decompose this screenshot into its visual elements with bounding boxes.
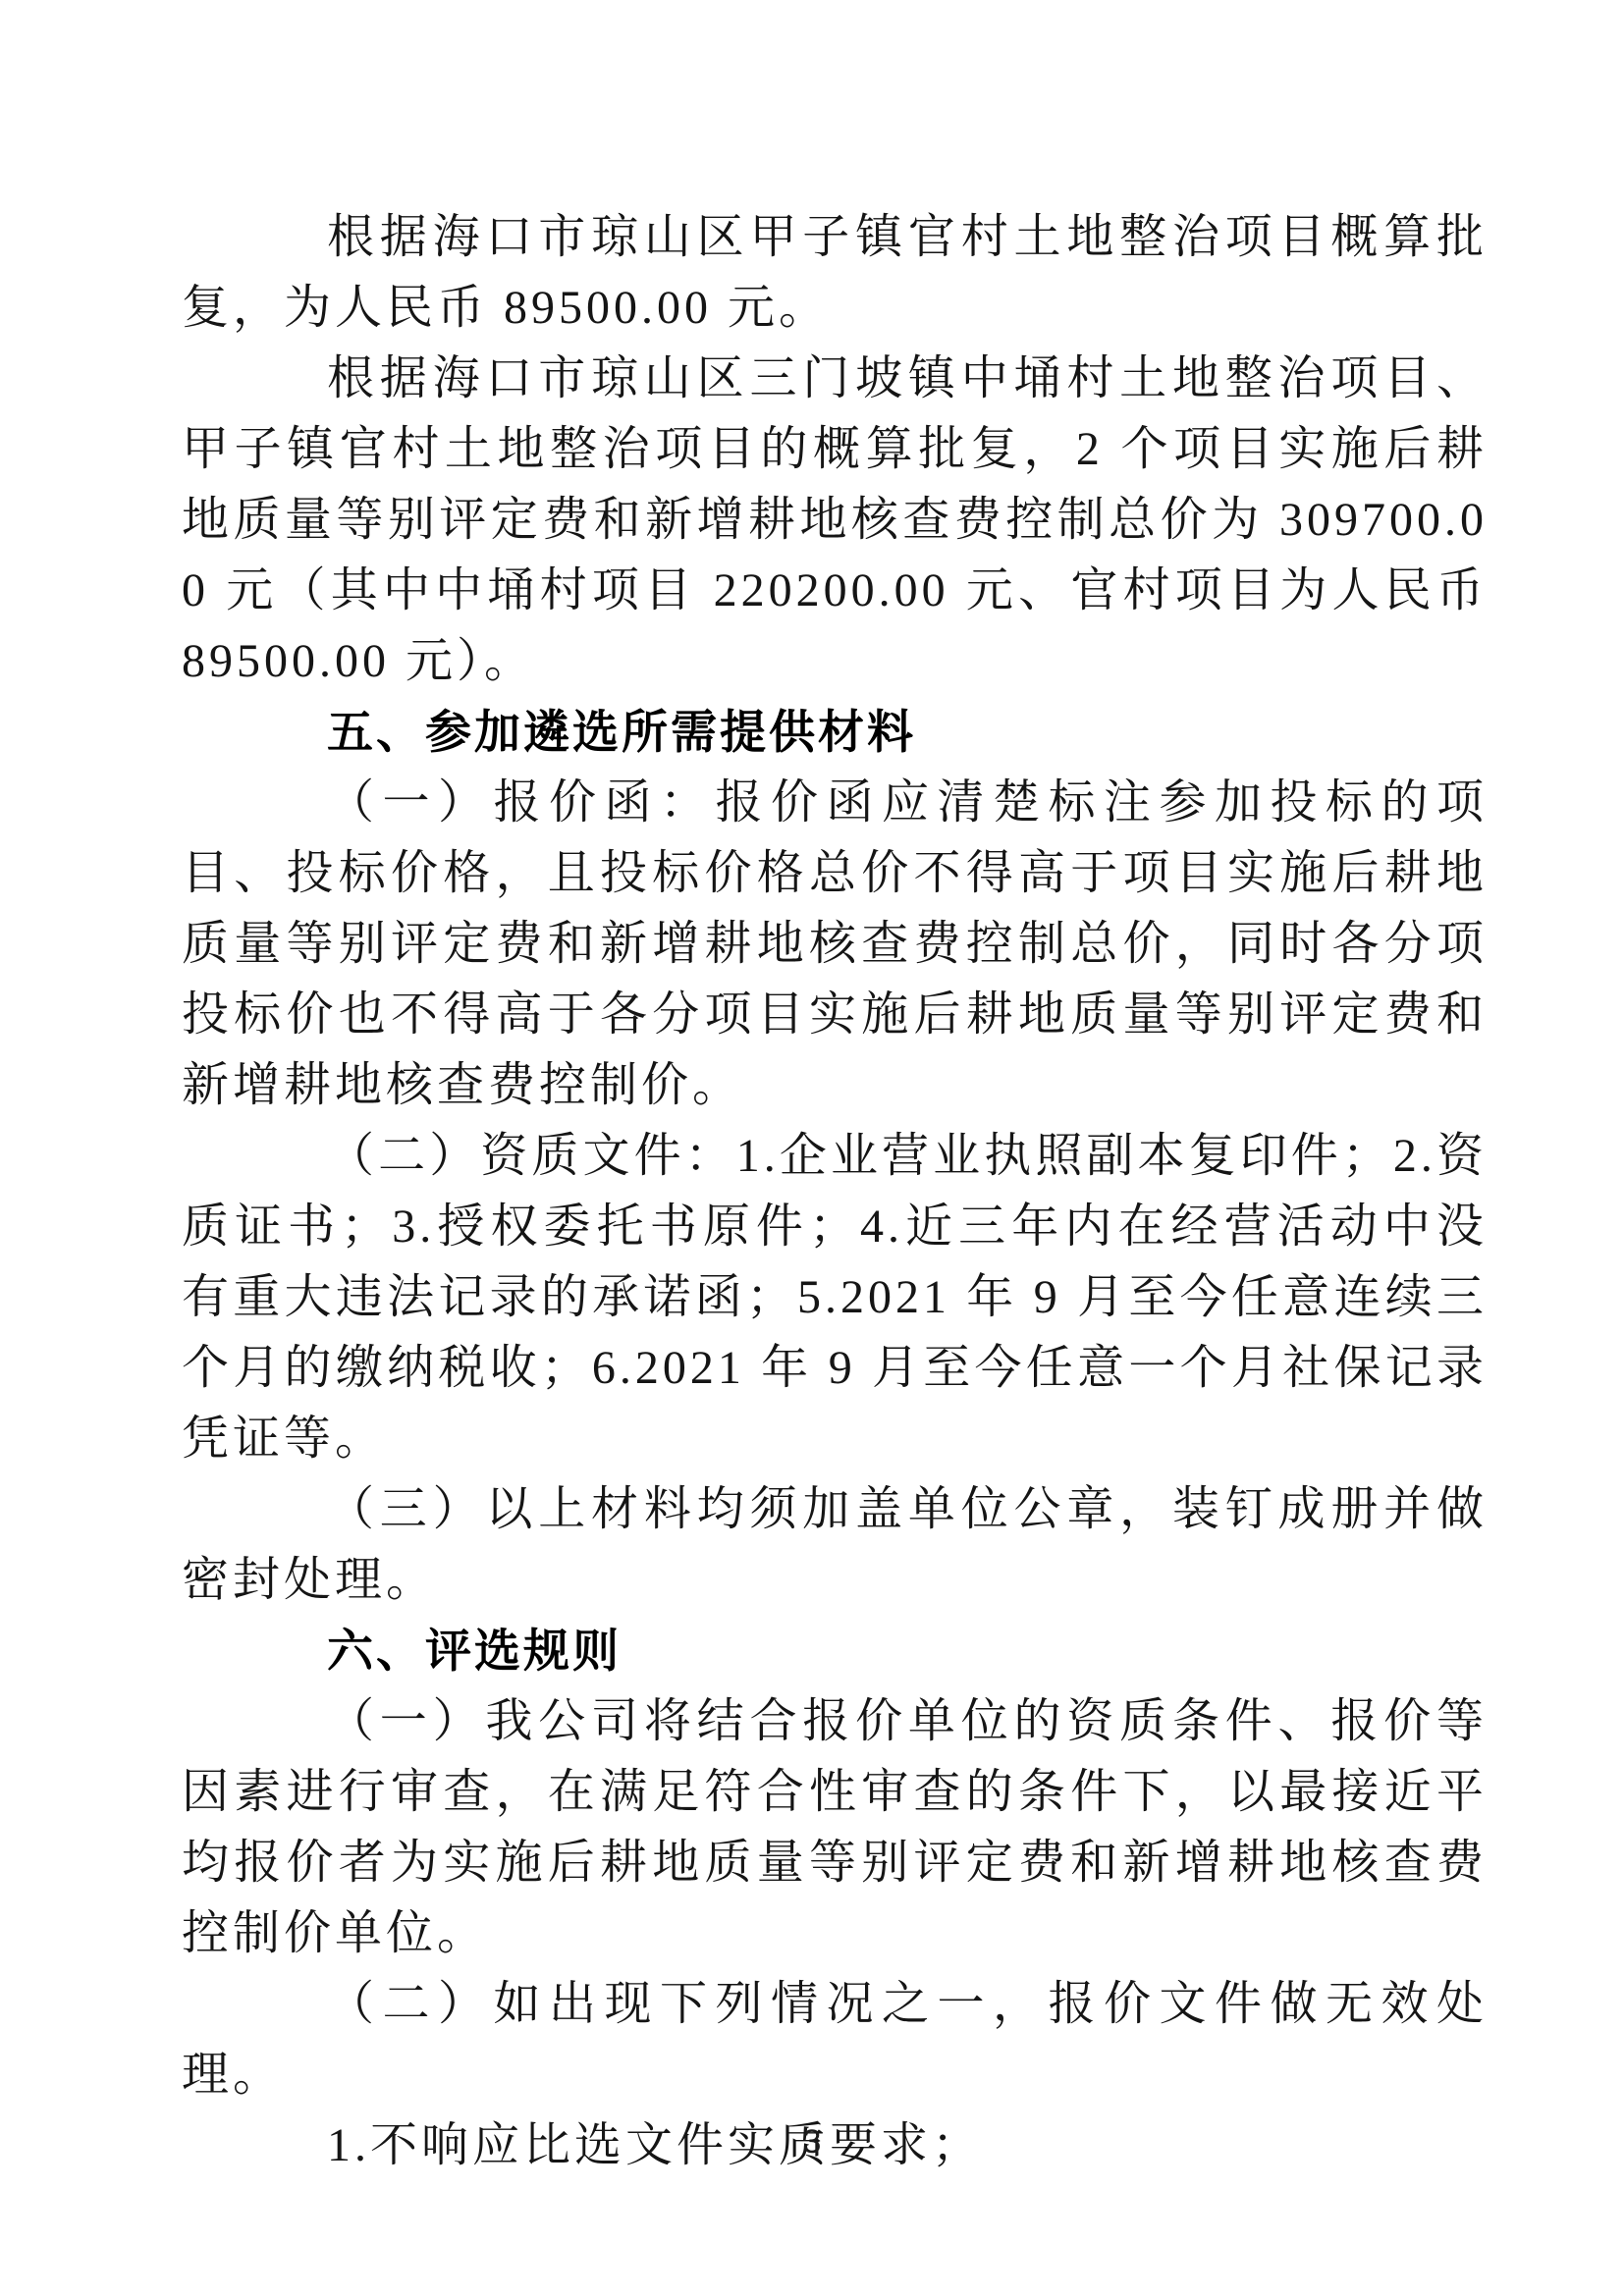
- paragraph-invalid-cases: （二）如出现下列情况之一，报价文件做无效处理。: [182, 1969, 1488, 2110]
- document-body: 根据海口市琼山区甲子镇官村土地整治项目概算批复，为人民币 89500.00 元。…: [182, 202, 1488, 2181]
- paragraph-review-rule: （一）我公司将结合报价单位的资质条件、报价等因素进行审查，在满足符合性审查的条件…: [182, 1686, 1488, 1969]
- page-footer: 3: [0, 2123, 1624, 2162]
- paragraph-quotation-letter: （一）报价函：报价函应清楚标注参加投标的项目、投标价格，且投标价格总价不得高于项…: [182, 768, 1488, 1121]
- paragraph-budget-two-projects: 根据海口市琼山区三门坡镇中埇村土地整治项目、甲子镇官村土地整治项目的概算批复，2…: [182, 344, 1488, 697]
- section-heading-materials: 五、参加遴选所需提供材料: [182, 697, 1488, 768]
- section-heading-evaluation: 六、评选规则: [182, 1616, 1488, 1686]
- paragraph-qualification-docs: （二）资质文件：1.企业营业执照副本复印件；2.资质证书；3.授权委托书原件；4…: [182, 1121, 1488, 1474]
- paragraph-sealing-requirement: （三）以上材料均须加盖单位公章，装钉成册并做密封处理。: [182, 1474, 1488, 1616]
- document-page: 根据海口市琼山区甲子镇官村土地整治项目概算批复，为人民币 89500.00 元。…: [0, 0, 1624, 2296]
- page-number: 3: [803, 2123, 822, 2161]
- paragraph-budget-guancun: 根据海口市琼山区甲子镇官村土地整治项目概算批复，为人民币 89500.00 元。: [182, 202, 1488, 344]
